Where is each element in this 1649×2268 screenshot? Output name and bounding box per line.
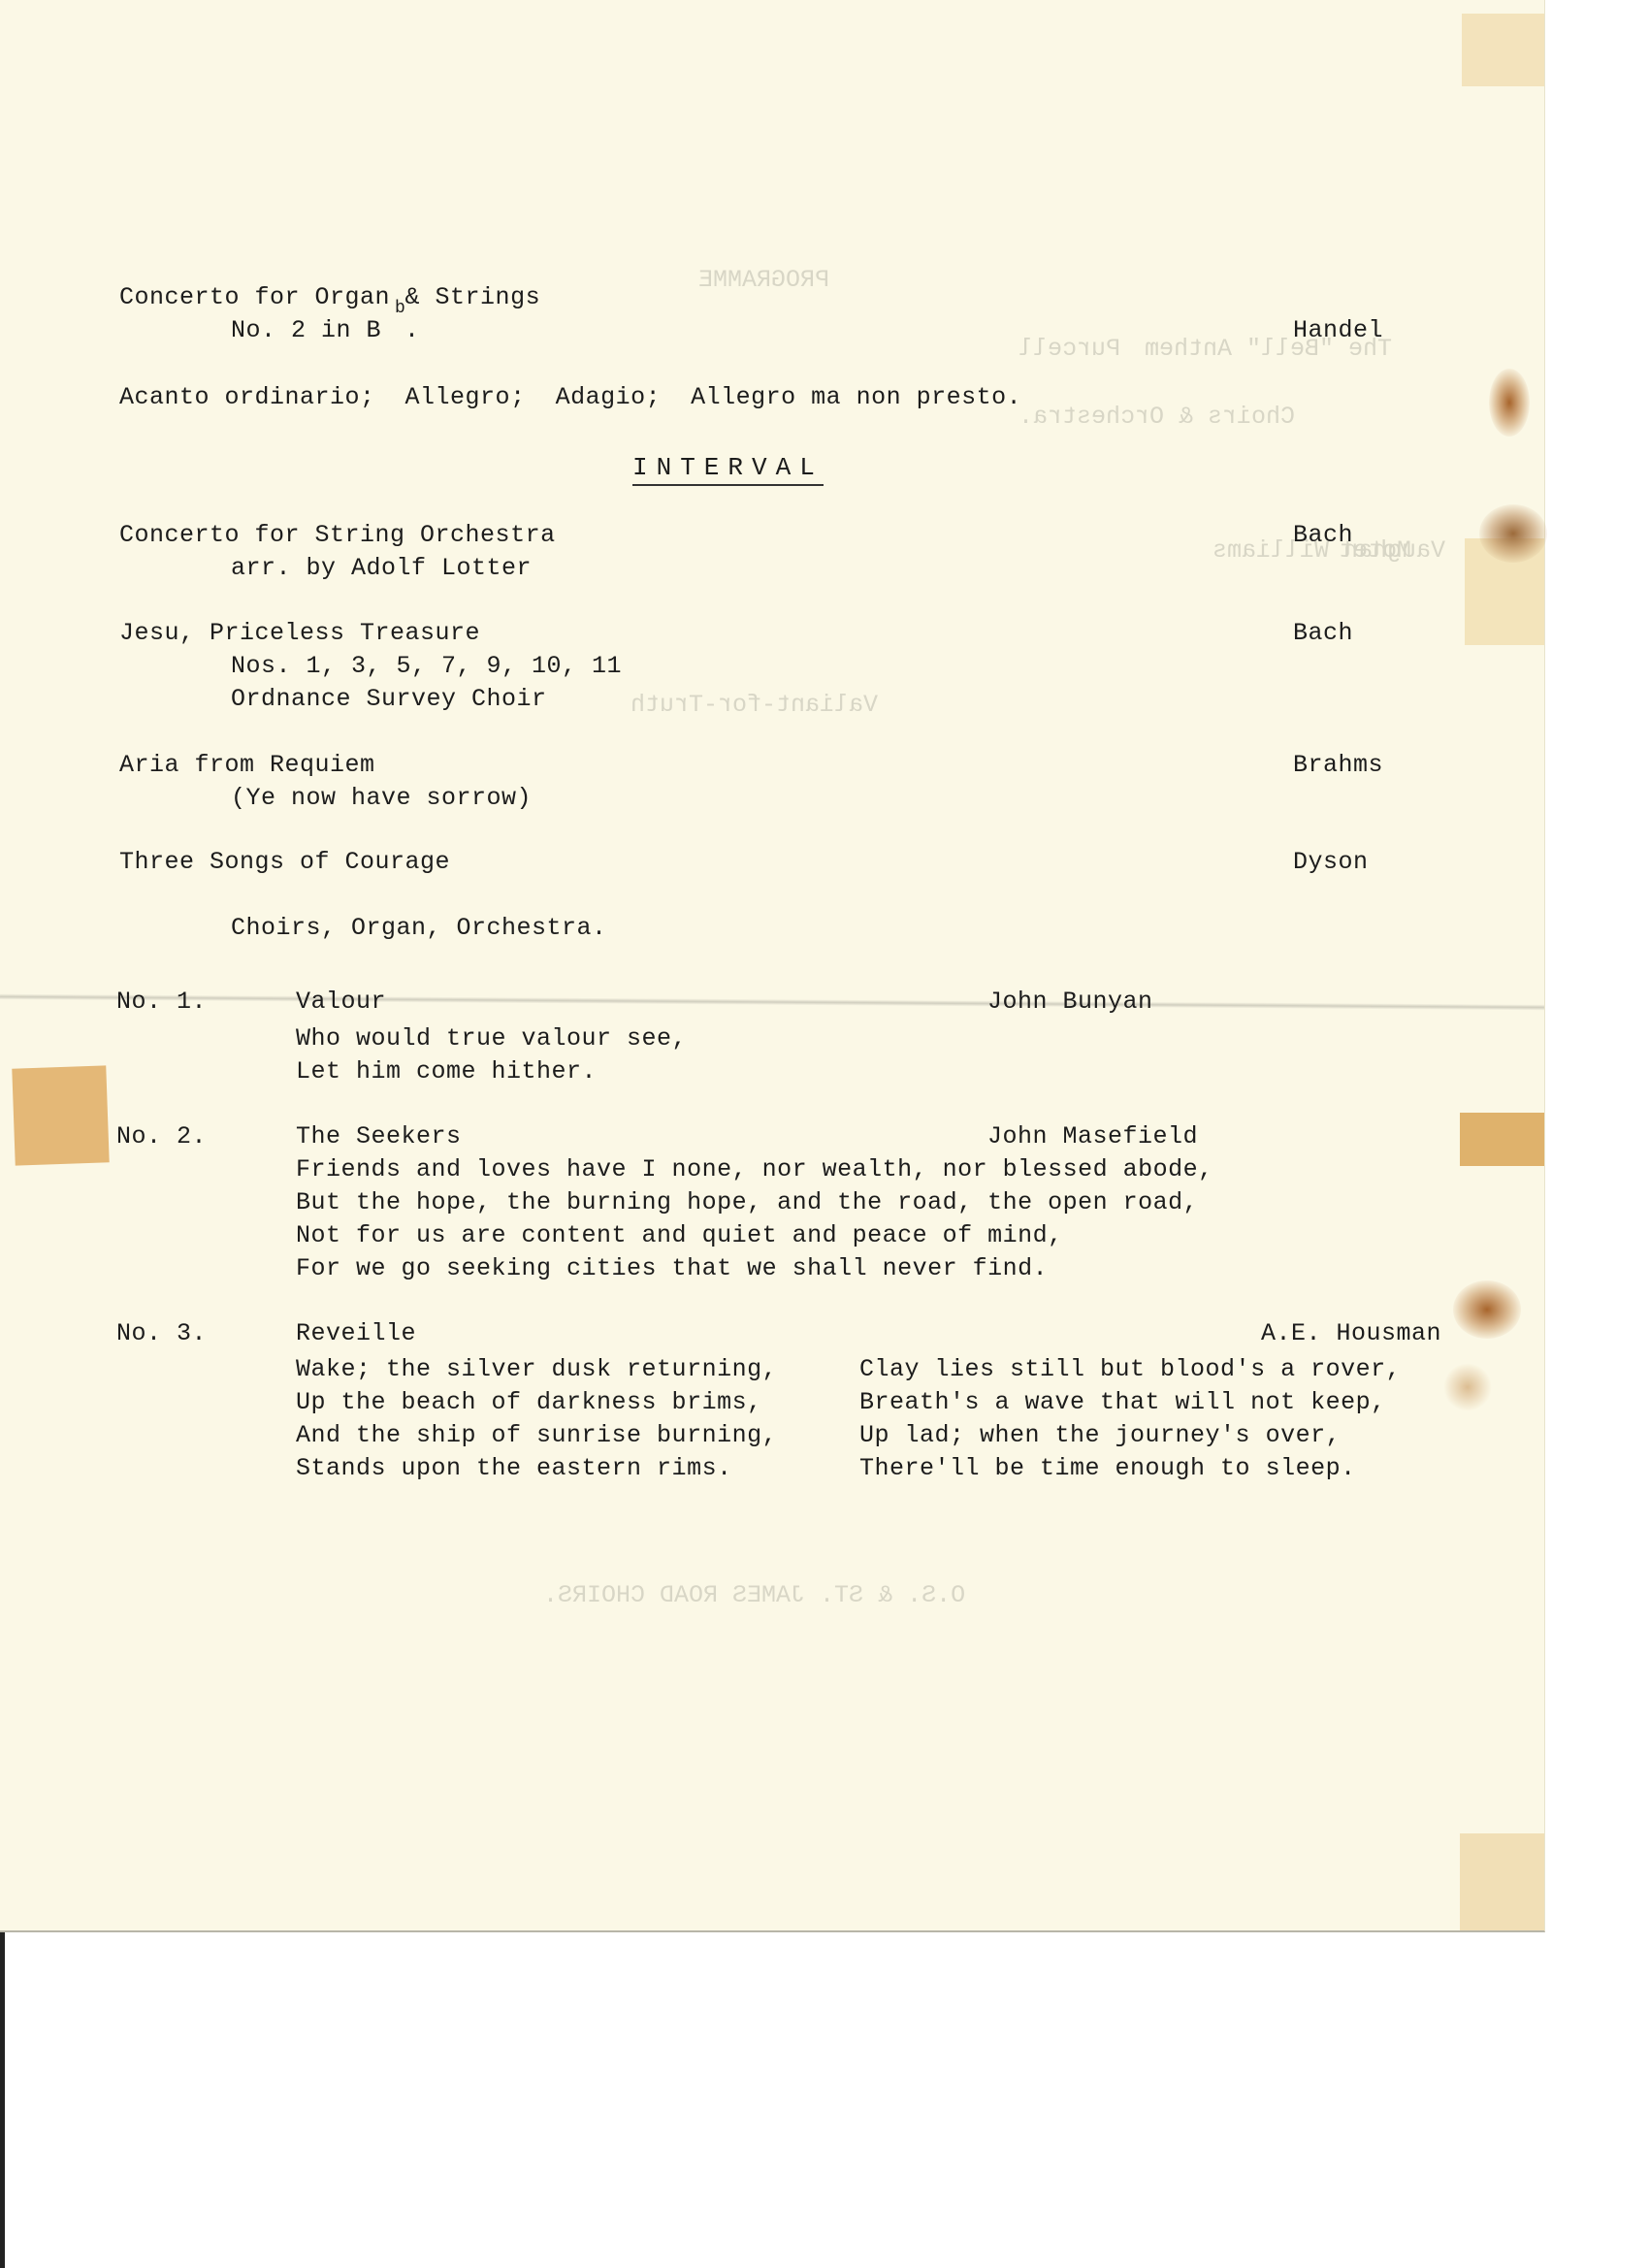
song-line-left: Stands upon the eastern rims. <box>296 1454 732 1482</box>
song-title: Reveille <box>296 1319 416 1347</box>
programme-page: PROGRAMME Purcell The "Bell" Anthem Choi… <box>0 0 1545 1932</box>
composer: Bach <box>1293 521 1353 549</box>
tape-right-middle <box>1460 1113 1544 1166</box>
rust-stain <box>1479 504 1547 563</box>
song-line: Friends and loves have I none, nor wealt… <box>296 1155 1213 1183</box>
song-line-right: Breath's a wave that will not keep, <box>859 1388 1386 1416</box>
tape-bottom-right <box>1460 1833 1544 1930</box>
song-line-left: Wake; the silver dusk returning, <box>296 1355 777 1383</box>
song-number: No. 2. <box>116 1122 207 1150</box>
song-line: Let him come hither. <box>296 1057 597 1085</box>
work-detail: (Ye now have sorrow) <box>231 784 532 812</box>
song-number: No. 3. <box>116 1319 207 1347</box>
song-line: Who would true valour see, <box>296 1024 687 1053</box>
song-poet: John Masefield <box>987 1122 1198 1150</box>
song-title: Valour <box>296 988 386 1016</box>
tape-top-right <box>1462 14 1544 86</box>
work-detail: Nos. 1, 3, 5, 7, 9, 10, 11 <box>231 652 622 680</box>
composer: Dyson <box>1293 848 1369 876</box>
rust-stain <box>1453 1280 1521 1339</box>
composer: Bach <box>1293 619 1353 647</box>
movements: Acanto ordinario; Allegro; Adagio; Alleg… <box>119 383 1021 411</box>
work-title: Concerto for String Orchestra <box>119 521 556 549</box>
composer-handel: Handel <box>1293 316 1383 344</box>
song-line-left: Up the beach of darkness brims, <box>296 1388 762 1416</box>
scan-edge <box>0 1930 5 2268</box>
flat-sign: b <box>395 299 405 318</box>
work-title: Three Songs of Courage <box>119 848 450 876</box>
song-line: But the hope, the burning hope, and the … <box>296 1188 1198 1216</box>
song-line-right: Clay lies still but blood's a rover, <box>859 1355 1401 1383</box>
paper-crease <box>0 993 1544 1010</box>
show-through-heading: PROGRAMME <box>698 266 829 294</box>
subtitle-period: . <box>404 316 420 344</box>
work-title: Jesu, Priceless Treasure <box>119 619 480 647</box>
interval-heading: INTERVAL <box>632 453 824 486</box>
tape-left <box>12 1065 109 1165</box>
song-line: For we go seeking cities that we shall n… <box>296 1254 1048 1282</box>
composer: Brahms <box>1293 751 1383 779</box>
song-line: Not for us are content and quiet and pea… <box>296 1221 1063 1249</box>
show-through-title: Valiant-for-Truth <box>630 691 878 719</box>
work-detail: arr. by Adolf Lotter <box>231 554 532 582</box>
work-detail: Choirs, Organ, Orchestra. <box>231 914 607 942</box>
song-title: The Seekers <box>296 1122 462 1150</box>
work-detail: Ordnance Survey Choir <box>231 685 547 713</box>
work-title: Aria from Requiem <box>119 751 375 779</box>
song-poet: John Bunyan <box>987 988 1153 1016</box>
concerto-organ-title: Concerto for Organ & Strings <box>119 283 540 311</box>
show-through-footer: O.S. & ST. JAMES ROAD CHOIRS. <box>543 1581 965 1609</box>
show-through-detail: Choirs & Orchestra. <box>1018 403 1295 431</box>
song-poet: A.E. Housman <box>1261 1319 1441 1347</box>
song-line-right: There'll be time enough to sleep. <box>859 1454 1356 1482</box>
concerto-organ-subtitle: No. 2 in B <box>231 316 381 344</box>
song-line-right: Up lad; when the journey's over, <box>859 1421 1341 1449</box>
song-number: No. 1. <box>116 988 207 1016</box>
show-through-composer: Purcell <box>1018 335 1120 363</box>
rust-stain <box>1443 1363 1492 1411</box>
rust-stain <box>1489 369 1530 437</box>
song-line-left: And the ship of sunrise burning, <box>296 1421 777 1449</box>
